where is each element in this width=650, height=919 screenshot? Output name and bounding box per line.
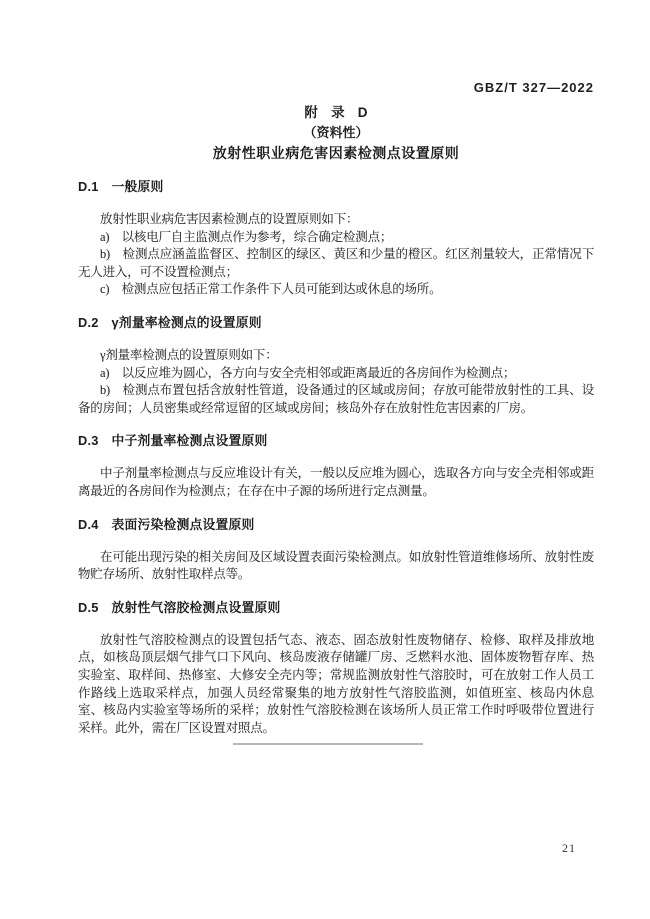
section-heading: D.5 放射性气溶胶检测点设置原则 [78, 599, 594, 616]
list-item: a) 以核电厂自主监测点作为参考，综合确定检测点； [78, 229, 594, 247]
paragraph: 在可能出现污染的相关房间及区域设置表面污染检测点。如放射性管道维修场所、放射性废… [78, 549, 594, 584]
page-number: 21 [562, 841, 576, 856]
list-item: c) 检测点应包括正常工作条件下人员可能到达或休息的场所。 [78, 281, 594, 299]
paragraph: γ剂量率检测点的设置原则如下： [78, 347, 594, 365]
section-heading: D.4 表面污染检测点设置原则 [78, 516, 594, 533]
paragraph: 放射性职业病危害因素检测点的设置原则如下： [78, 211, 594, 229]
section-heading: D.2 γ剂量率检测点的设置原则 [78, 314, 594, 331]
section-heading: D.1 一般原则 [78, 178, 594, 195]
page-content: GBZ/T 327—2022 附 录 D （资料性） 放射性职业病危害因素检测点… [0, 0, 650, 919]
scanned-document-page: { "header": { "standard_code": "GBZ/T 32… [0, 0, 650, 919]
section-d4: D.4 表面污染检测点设置原则 在可能出现污染的相关房间及区域设置表面污染检测点… [78, 516, 594, 584]
list-item: a) 以反应堆为圆心，各方向与安全壳相邻或距离最近的各房间作为检测点； [78, 365, 594, 383]
appendix-subject: 放射性职业病危害因素检测点设置原则 [78, 143, 594, 163]
section-heading: D.3 中子剂量率检测点设置原则 [78, 432, 594, 449]
appendix-title: 附 录 D [78, 103, 594, 123]
section-d2: D.2 γ剂量率检测点的设置原则 γ剂量率检测点的设置原则如下： a) 以反应堆… [78, 314, 594, 417]
paragraph: 中子剂量率检测点与反应堆设计有关，一般以反应堆为圆心，选取各方向与安全壳相邻或距… [78, 465, 594, 500]
appendix-title-block: 附 录 D （资料性） 放射性职业病危害因素检测点设置原则 [78, 103, 594, 163]
list-item: b) 检测点应涵盖监督区、控制区的绿区、黄区和少量的橙区。红区剂量较大，正常情况… [78, 246, 594, 281]
section-d5: D.5 放射性气溶胶检测点设置原则 放射性气溶胶检测点的设置包括气态、液态、固态… [78, 599, 594, 738]
standard-code: GBZ/T 327—2022 [78, 80, 594, 95]
paragraph: 放射性气溶胶检测点的设置包括气态、液态、固态放射性废物储存、检修、取样及排放地点… [78, 632, 594, 738]
section-d3: D.3 中子剂量率检测点设置原则 中子剂量率检测点与反应堆设计有关，一般以反应堆… [78, 432, 594, 500]
list-item: b) 检测点布置包括含放射性管道，设备通过的区域或房间；存放可能带放射性的工具、… [78, 382, 594, 417]
appendix-type: （资料性） [78, 123, 594, 143]
section-d1: D.1 一般原则 放射性职业病危害因素检测点的设置原则如下： a) 以核电厂自主… [78, 178, 594, 299]
footer-divider-line [233, 743, 423, 745]
